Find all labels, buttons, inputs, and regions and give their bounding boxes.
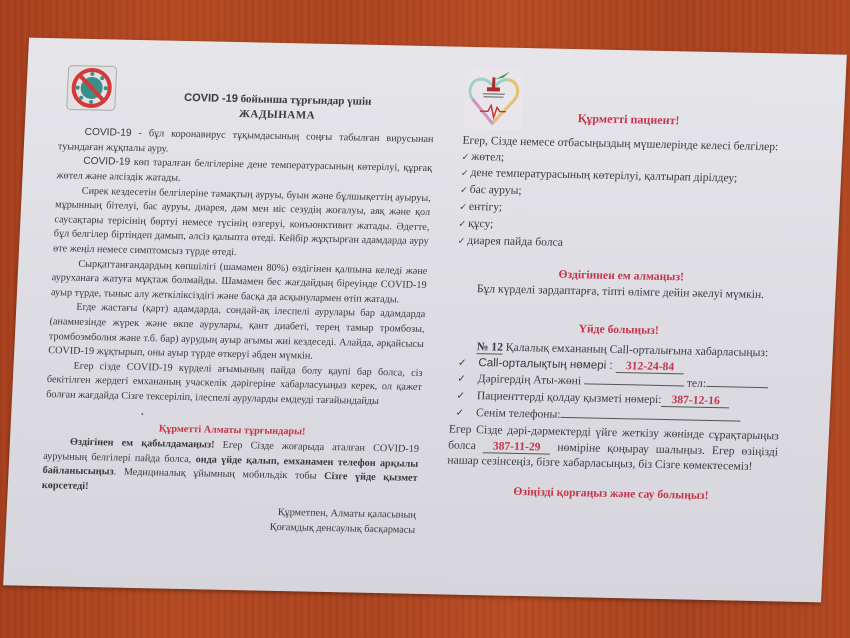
delivery-paragraph: Егер Сізде дәрі-дәрмектерді үйге жеткізу… [447, 421, 779, 475]
left-column: COVID -19 бойынша тұрғындар үшін ЖАДЫНАМ… [40, 56, 437, 538]
stay-home-heading: Үйде болыңыз! [453, 319, 784, 342]
paragraph-6: Егер сізде COVID-19 күрделі ағымының пай… [46, 359, 423, 411]
paragraph-3: Сирек кездесетін белгілеріне тамақтың ау… [53, 184, 431, 265]
closing-slogan: Өзіңізді қорғаңыз және сау болыңыз! [446, 483, 777, 506]
no-virus-icon [66, 64, 118, 111]
clinic-number: № 12 [476, 340, 503, 355]
delivery-number: 387-11-29 [483, 439, 551, 454]
right-column: Құрметті пациент! Егер, Сізде немесе отб… [446, 71, 796, 506]
doctor-phone-blank [706, 376, 769, 388]
almaty-paragraph: Өздігінен ем қабылдамаңыз! Егер Сізде жо… [42, 435, 420, 501]
title-rest: бойынша тұрғындар үшін [238, 93, 372, 108]
doctor-name-blank [584, 374, 684, 387]
title-covid: COVID -19 [184, 92, 238, 105]
trust-phone-blank [560, 407, 740, 422]
left-title: COVID -19 бойынша тұрғындар үшін ЖАДЫНАМ… [119, 58, 437, 126]
call-center-number: 312-24-84 [616, 359, 685, 374]
covid-leaflet: COVID -19 бойынша тұрғындар үшін ЖАДЫНАМ… [3, 38, 847, 603]
heart-apple-logo [463, 67, 524, 130]
paragraph-4: Сырқаттанғандардың көпшілігі (шамамен 80… [51, 257, 428, 309]
signature: Құрметпен, Алматы қаласының Қоғамдық ден… [40, 501, 416, 538]
contacts-list: Call-орталықтың нөмері : 312-24-84 Дәріг… [449, 354, 782, 428]
paragraph-5: Егде жастағы (қарт) адамдарда, сондай-ақ… [48, 300, 426, 366]
support-number: 387-12-16 [661, 393, 730, 408]
symptoms-list: жөтел; дене температурасының көтерілуі, … [457, 148, 792, 256]
